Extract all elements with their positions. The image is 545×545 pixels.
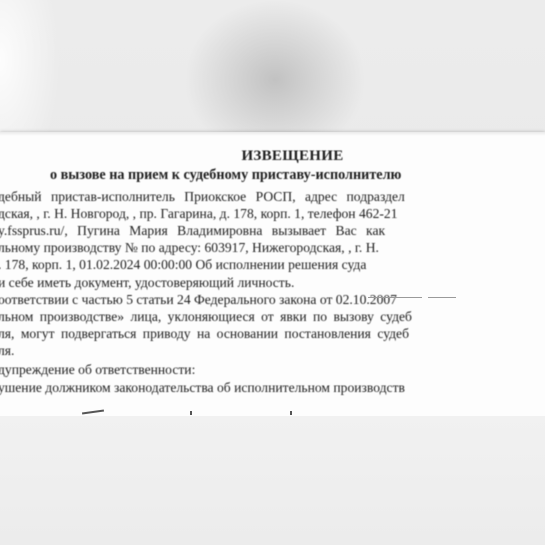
photo-background: ИЗВЕЩЕНИЕ о вызове на прием к судебному … <box>0 0 545 545</box>
blurred-background-bottom <box>0 416 545 545</box>
body-line-6: и себе иметь документ, удостоверяющий ли… <box>0 275 294 291</box>
document-title: ИЗВЕЩЕНИЕ <box>0 148 545 165</box>
body-line-3: y.fssprus.ru/, Пугина Мария Владимировна… <box>0 223 385 239</box>
notice-document: ИЗВЕЩЕНИЕ о вызове на прием к судебному … <box>0 132 545 416</box>
document-subtitle: о вызове на прием к судебному приставу-и… <box>50 167 401 184</box>
body-line-4: льному производству № по адресу: 603917,… <box>0 240 379 256</box>
signature-underline-2 <box>428 297 456 298</box>
cut-off-mark <box>190 411 192 415</box>
body-line-2: дская, , г. Н. Новгород, , пр. Гагарина,… <box>0 206 398 222</box>
body-line-12: ушение должником законодательства об исп… <box>0 380 405 396</box>
body-line-5: . 178, корп. 1, 01.02.2024 00:00:00 Об и… <box>0 257 366 273</box>
body-line-11: дупреждение об ответственности: <box>0 362 195 378</box>
body-line-7: оответствии с частью 5 статьи 24 Федерал… <box>0 292 397 308</box>
cut-off-mark-2 <box>290 411 292 415</box>
body-line-10: ля. <box>0 343 14 359</box>
signature-underline <box>368 297 422 298</box>
body-line-9: ля, могут подвергаться приводу на основа… <box>0 326 409 342</box>
body-line-8: льном производстве» лица, уклоняющиеся о… <box>0 309 412 325</box>
body-line-1: дебный пристав-исполнитель Приокское РОС… <box>0 189 405 205</box>
cut-off-stroke <box>82 409 104 414</box>
